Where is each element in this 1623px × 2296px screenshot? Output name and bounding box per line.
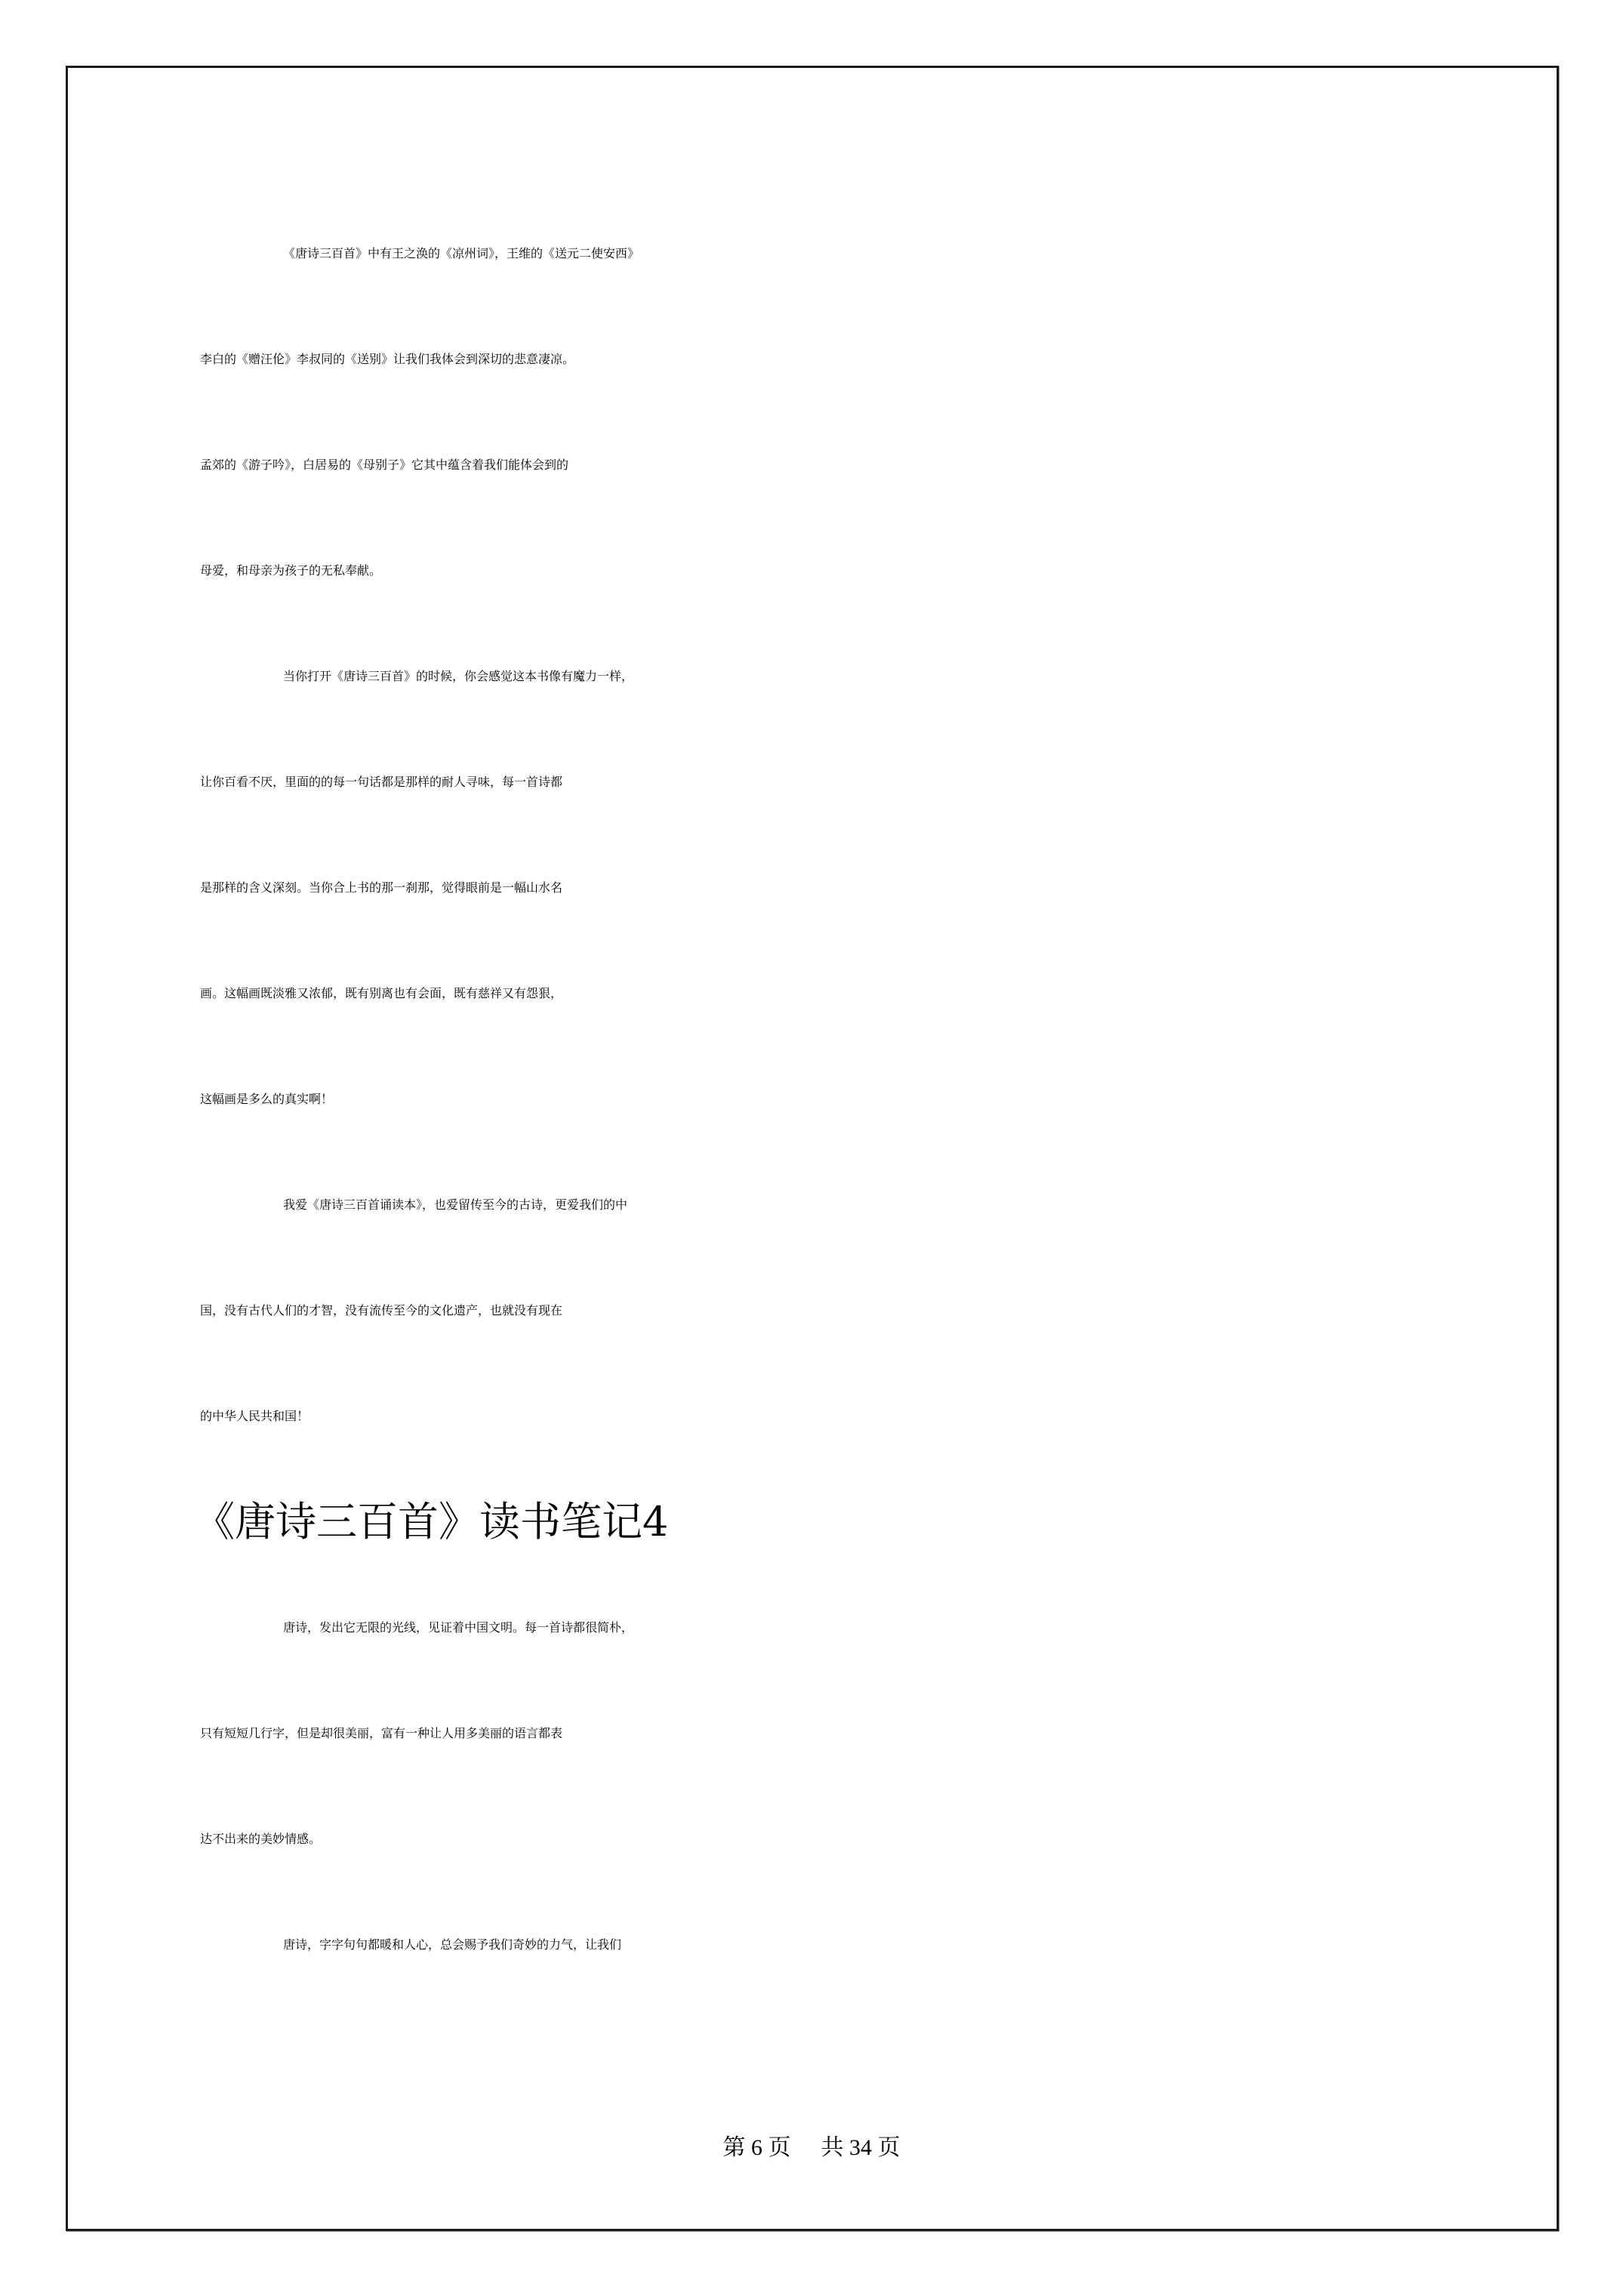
section-heading: 《唐诗三百首》读书笔记4	[194, 1469, 1468, 1575]
page-total: 共 34 页	[821, 2131, 901, 2165]
text-line: 这幅画是多么的真实啊！	[200, 1046, 1468, 1152]
text-line: 《唐诗三百首》中有王之涣的《凉州词》，王维的《送元二使安西》	[200, 201, 1468, 307]
page-number: 第 6 页	[723, 2131, 791, 2165]
text-line: 国，没有古代人们的才智，没有流传至今的文化遗产，也就没有现在	[200, 1258, 1468, 1364]
paragraph-poems-list: 《唐诗三百首》中有王之涣的《凉州词》，王维的《送元二使安西》 李白的《赠汪伦》李…	[200, 201, 1468, 624]
paragraph-love-china: 我爱《唐诗三百首诵读本》，也爱留传至今的古诗，更爱我们的中 国，没有古代人们的才…	[200, 1152, 1468, 1469]
text-line: 只有短短几行字，但是却很美丽，富有一种让人用多美丽的语言都表	[200, 1681, 1468, 1786]
paragraph-tang-poetry-warmth: 唐诗，字字句句都暖和人心，总会赐予我们奇妙的力气，让我们	[200, 1892, 1468, 1998]
text-line: 画。这幅画既淡雅又浓郁，既有别离也有会面，既有慈祥又有怨狠，	[200, 941, 1468, 1046]
text-line: 我爱《唐诗三百首诵读本》，也爱留传至今的古诗，更爱我们的中	[200, 1152, 1468, 1258]
text-line: 的中华人民共和国！	[200, 1364, 1468, 1469]
paragraph-tang-poetry-light: 唐诗，发出它无限的光线，见证着中国文明。每一首诗都很简朴， 只有短短几行字，但是…	[200, 1575, 1468, 1892]
text-line: 当你打开《唐诗三百首》的时候，你会感觉这本书像有魔力一样，	[200, 624, 1468, 729]
text-line: 母爱，和母亲为孩子的无私奉献。	[200, 518, 1468, 624]
text-line: 唐诗，字字句句都暖和人心，总会赐予我们奇妙的力气，让我们	[200, 1892, 1468, 1998]
text-line: 唐诗，发出它无限的光线，见证着中国文明。每一首诗都很简朴，	[200, 1575, 1468, 1681]
text-line: 孟郊的《游子吟》，白居易的《母别子》它其中蕴含着我们能体会到的	[200, 412, 1468, 518]
text-line: 是那样的含义深刻。当你合上书的那一刹那，觉得眼前是一幅山水名	[200, 835, 1468, 941]
document-body: 《唐诗三百首》中有王之涣的《凉州词》，王维的《送元二使安西》 李白的《赠汪伦》李…	[200, 201, 1468, 1998]
text-line: 让你百看不厌，里面的的每一句话都是那样的耐人寻味，每一首诗都	[200, 729, 1468, 835]
text-line: 李白的《赠汪伦》李叔同的《送别》让我们我体会到深切的悲意凄凉。	[200, 307, 1468, 412]
text-line: 达不出来的美妙情感。	[200, 1786, 1468, 1892]
page-footer: 第 6 页共 34 页	[0, 2131, 1623, 2165]
paragraph-opening-book: 当你打开《唐诗三百首》的时候，你会感觉这本书像有魔力一样， 让你百看不厌，里面的…	[200, 624, 1468, 1152]
